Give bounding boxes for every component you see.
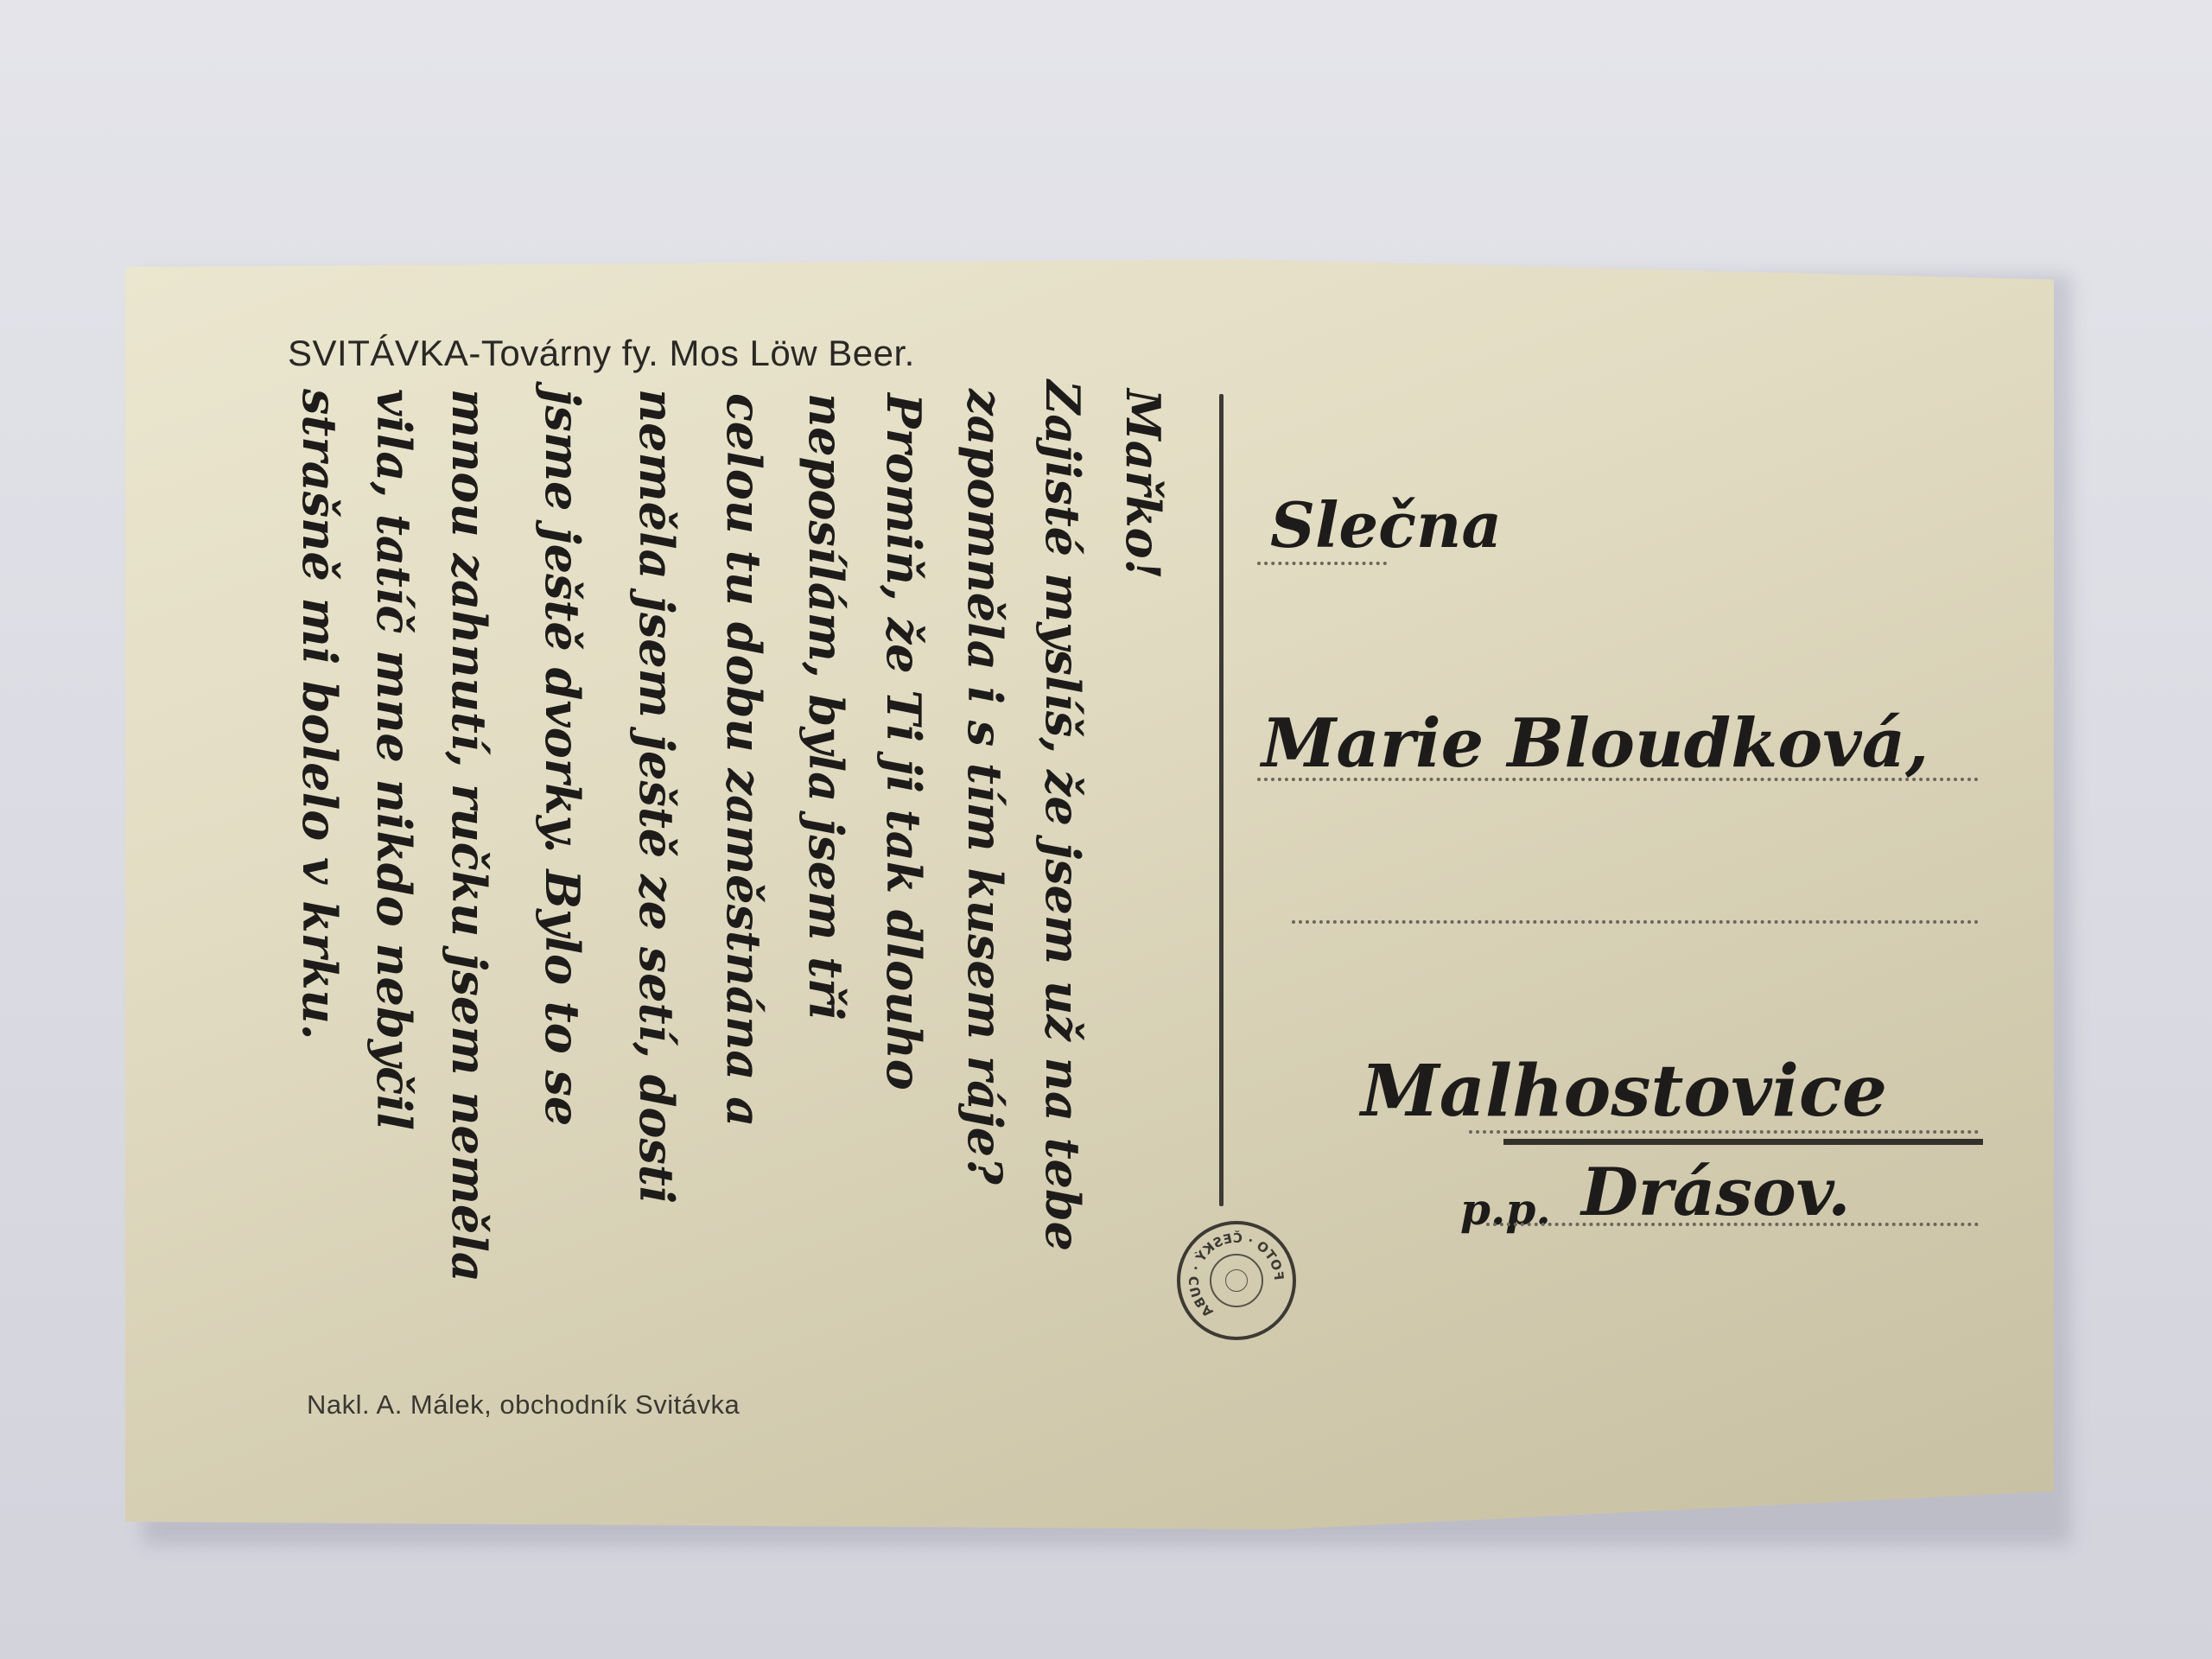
address-underline <box>1503 1139 1983 1145</box>
address-town: Malhostovice <box>1361 1050 1887 1133</box>
address-line-4 <box>1469 1130 1979 1134</box>
address-line-5 <box>1486 1223 1979 1226</box>
stamp-core <box>1225 1269 1248 1292</box>
circular-stamp-icon: FOTO · ČESKÝ · CUBA <box>1177 1221 1296 1340</box>
message-line: mnou zahnutí, ručku jsem neměla <box>442 389 497 1282</box>
printed-publisher: Nakl. A. Málek, obchodník Svitávka <box>307 1389 740 1421</box>
message-line: celou tu dobu zaměstnána a <box>716 393 772 1127</box>
address-salutation: Slečna <box>1270 488 1502 562</box>
address-post-prefix: p.p. <box>1460 1184 1551 1235</box>
address-post-office: Drásov. <box>1581 1154 1851 1230</box>
message-line: Mařko! <box>1116 389 1171 579</box>
message-line: neměla jsem ještě ze setí, dosti <box>629 389 684 1204</box>
address-name: Marie Bloudková, <box>1262 704 1929 783</box>
address-line-3 <box>1292 920 1979 924</box>
message-line: Zajisté myslíš, že jsem už na tebe <box>1035 380 1090 1251</box>
printed-title: SVITÁVKA-Továrny fy. Mos Löw Beer. <box>288 333 915 374</box>
stamp-inner-ring <box>1210 1254 1263 1307</box>
address-divider-line <box>1219 394 1224 1206</box>
message-line: zapomněla i s tím kusem ráje? <box>957 389 1013 1185</box>
address-line-1 <box>1257 562 1387 565</box>
message-line: neposílám, byla jsem tři <box>798 393 854 1020</box>
message-line: jsme ještě dvorky. Bylo to se <box>535 389 590 1126</box>
message-line: vila, tatíč mne nikdo nebyčil <box>366 389 422 1130</box>
address-line-2 <box>1257 778 1979 781</box>
message-line: Promiň, že Ti ji tak dlouho <box>876 393 931 1090</box>
message-line: strašně mi bolelo v krku. <box>292 389 347 1040</box>
